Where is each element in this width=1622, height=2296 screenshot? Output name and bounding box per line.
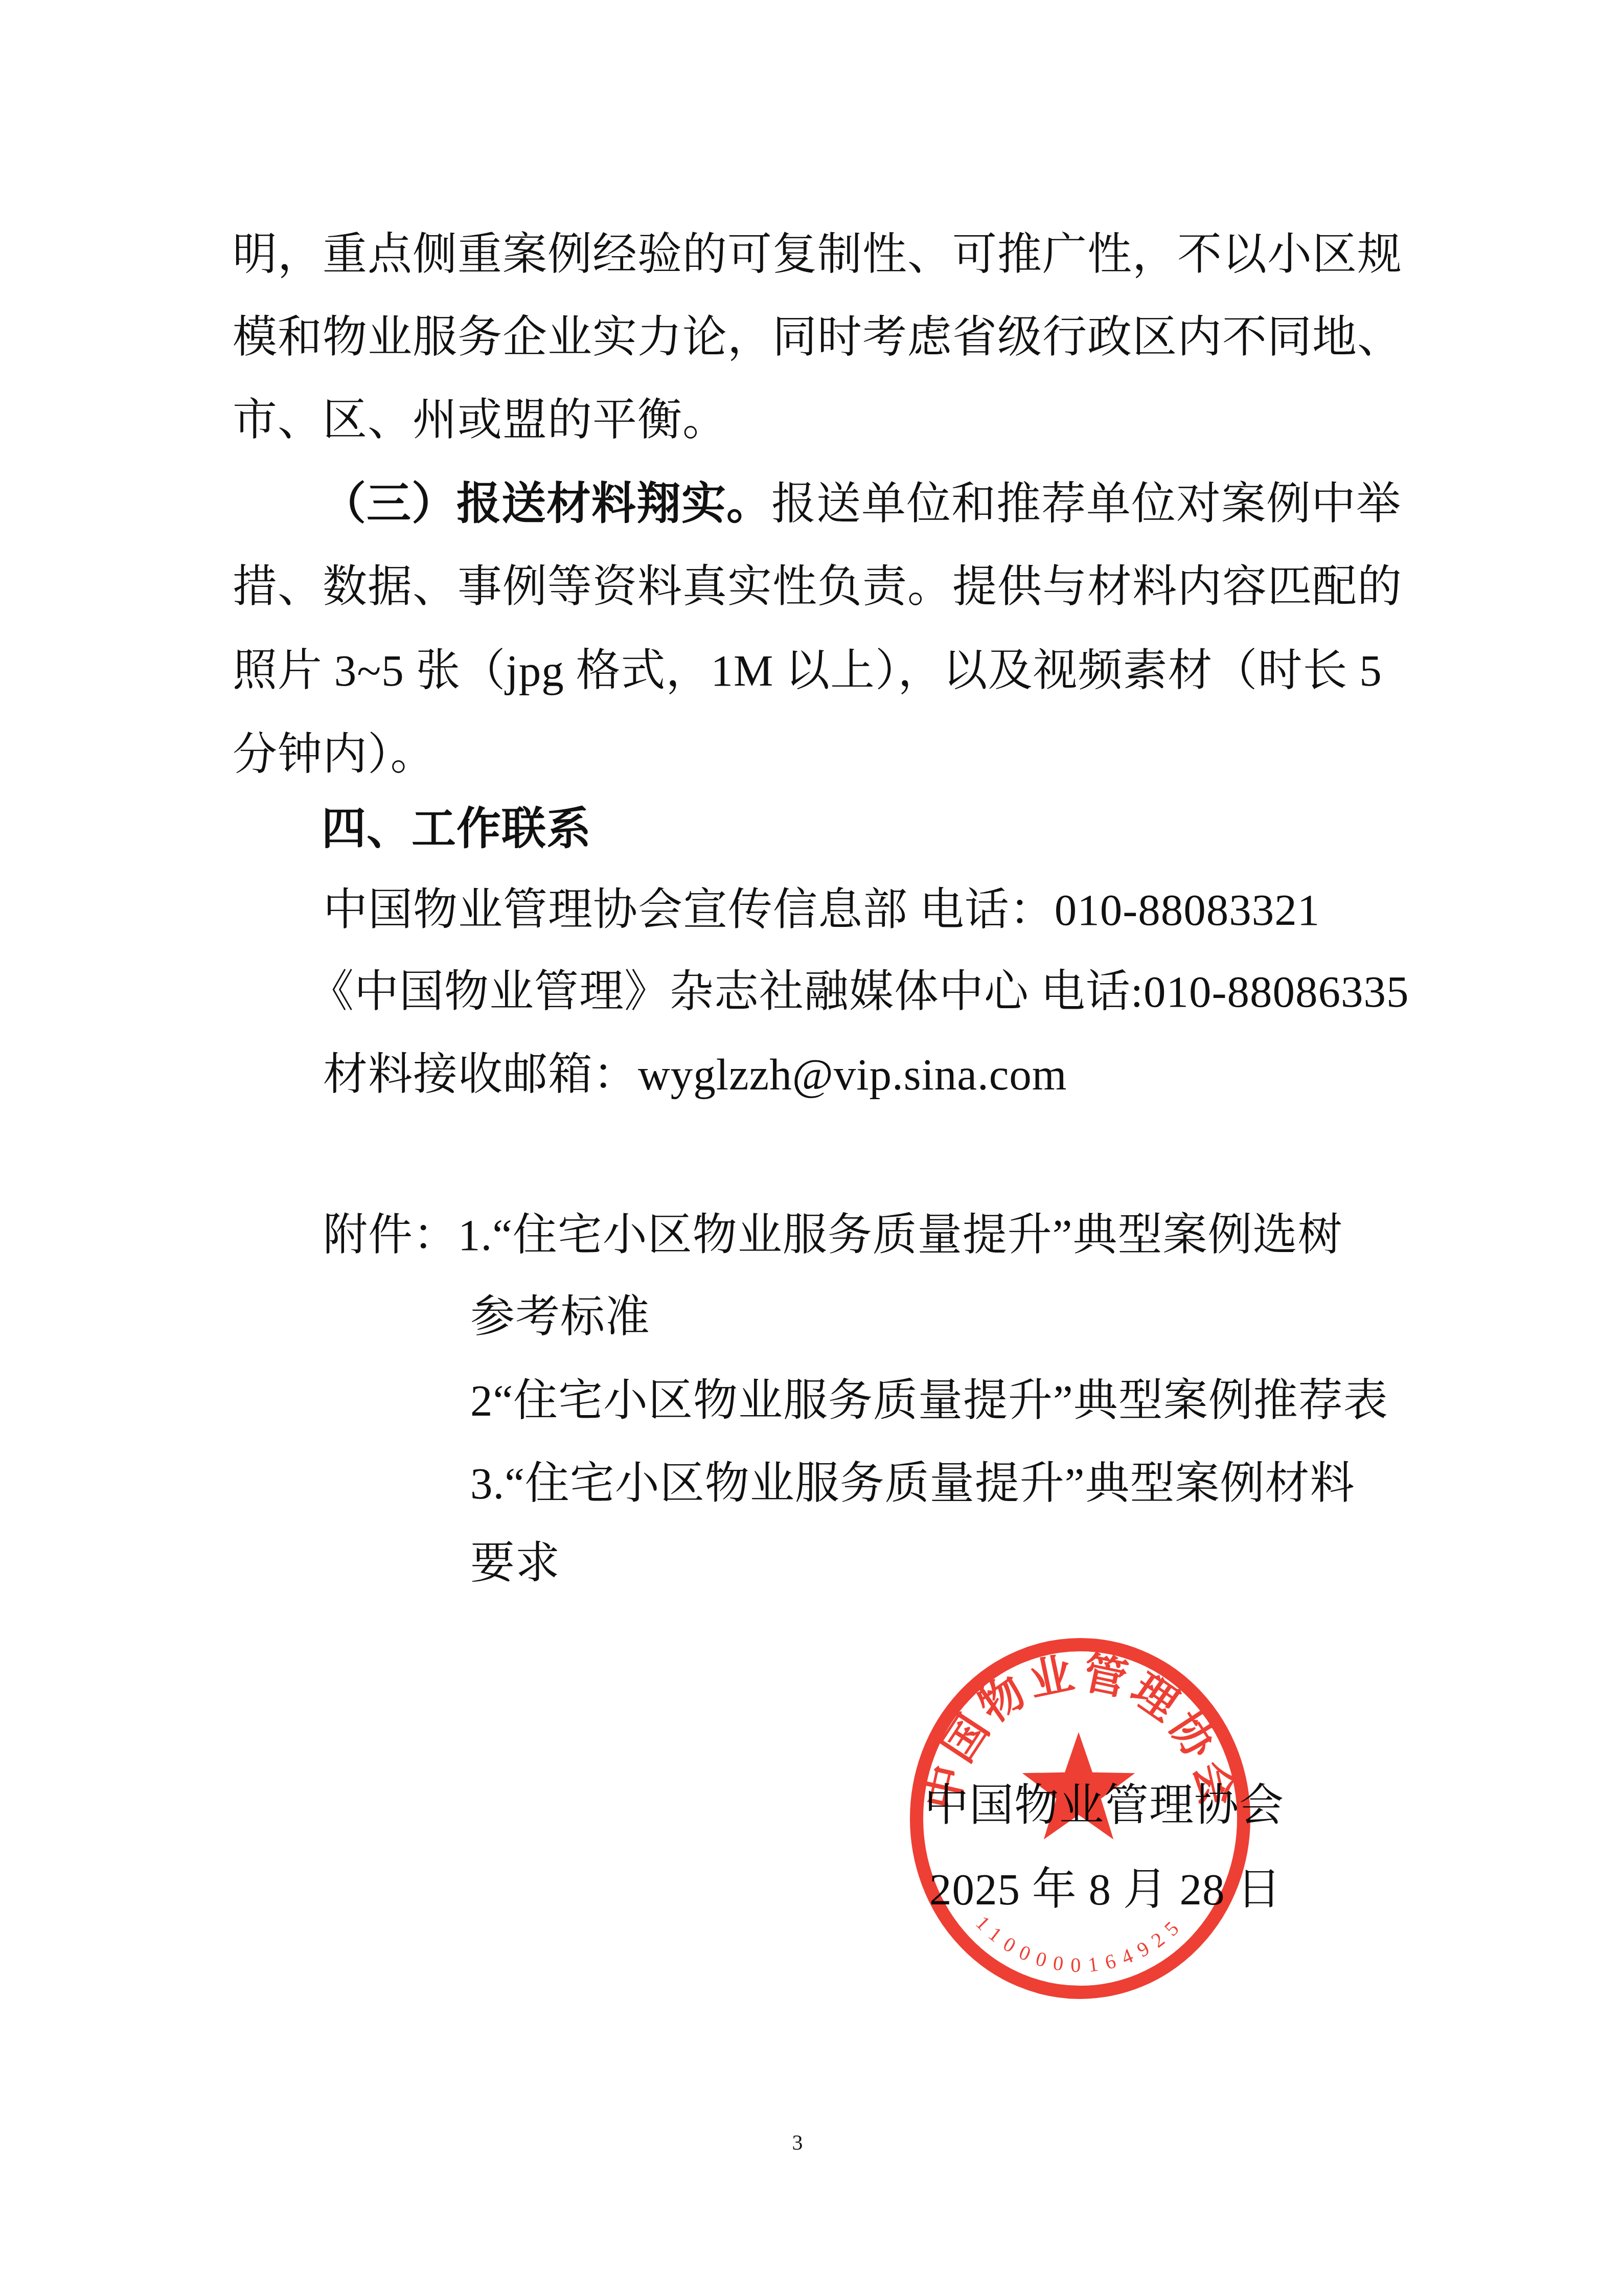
attachment-item-2: 2“住宅小区物业服务质量提升”典型案例推荐表 [470, 1375, 1388, 1426]
contact-line-1: 中国物业管理协会宣传信息部 电话：010-88083321 [323, 884, 1320, 936]
seal-star-icon [1022, 1732, 1135, 1839]
attachment-item-3-cont: 要求 [470, 1538, 560, 1589]
body-line-2: 模和物业服务企业实力论，同时考虑省级行政区内不同地、 [233, 312, 1402, 363]
body-line-5: 措、数据、事例等资料真实性负责。提供与材料内容匹配的 [233, 561, 1402, 612]
seal-ring [917, 1645, 1244, 1992]
contact-line-2: 《中国物业管理》杂志社融媒体中心 电话:010-88086335 [309, 966, 1409, 1017]
attachment-item-1-cont: 参考标准 [470, 1291, 650, 1343]
body-line-6: 照片 3~5 张（jpg 格式，1M 以上），以及视频素材（时长 5 [233, 645, 1382, 696]
body-line-1: 明，重点侧重案例经验的可复制性、可推广性，不以小区规 [233, 229, 1402, 280]
paragraph-lead-rest: 报送单位和推荐单位对案例中举 [771, 479, 1401, 529]
body-line-3: 市、区、州或盟的平衡。 [233, 395, 727, 446]
contact-line-3: 材料接收邮箱：wyglzzh@vip.sina.com [323, 1049, 1067, 1100]
attachment-line-1: 附件：1.“住宅小区物业服务质量提升”典型案例选树 [323, 1210, 1342, 1261]
official-seal: 中国物业管理协会 1100000164925 [905, 1636, 1258, 2004]
attachment-label: 附件： [323, 1210, 458, 1260]
page-number: 3 [746, 2131, 849, 2155]
document-page: 明，重点侧重案例经验的可复制性、可推广性，不以小区规 模和物业服务企业实力论，同… [0, 0, 1622, 2296]
attachment-item-3: 3.“住宅小区物业服务质量提升”典型案例材料 [470, 1458, 1355, 1509]
body-line-4: （三）报送材料翔实。报送单位和推荐单位对案例中举 [322, 479, 1401, 530]
paragraph-lead: （三）报送材料翔实。 [322, 479, 771, 529]
section-heading: 四、工作联系 [322, 804, 591, 855]
attachment-item-1: 1.“住宅小区物业服务质量提升”典型案例选树 [458, 1210, 1342, 1260]
body-line-7: 分钟内）。 [233, 729, 436, 780]
